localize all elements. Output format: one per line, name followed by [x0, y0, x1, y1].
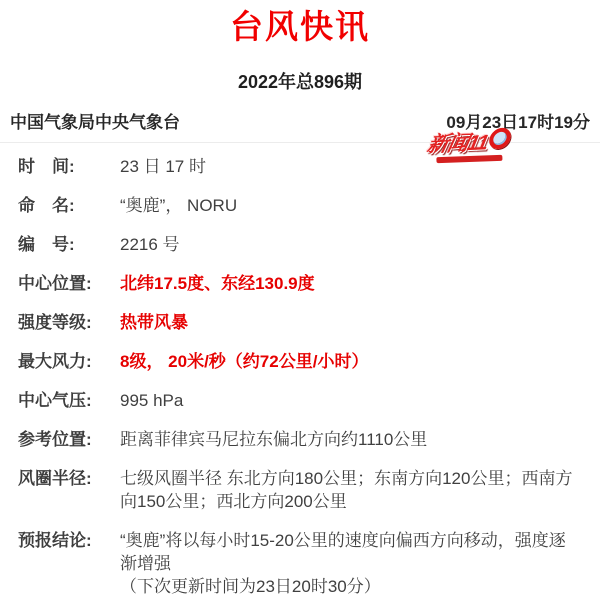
forecast-conclusion-text: “奥鹿”将以每小时15-20公里的速度向偏西方向移动，强度逐渐增强 [120, 529, 578, 575]
row-intensity-label: 强度等级: [18, 311, 106, 334]
row-wind-circle-radius-label: 风圈半径: [18, 467, 106, 490]
bulletin-table: 时 间: 23 日 17 时 命 名: “奥鹿”， NORU 编 号: 2216… [0, 143, 600, 597]
issue-number: 2022年总896期 [0, 72, 600, 93]
row-forecast-conclusion-value: “奥鹿”将以每小时15-20公里的速度向偏西方向移动，强度逐渐增强 （下次更新时… [120, 529, 578, 597]
row-intensity: 强度等级: 热带风暴 [18, 311, 590, 334]
row-forecast-conclusion-label: 预报结论: [18, 529, 106, 552]
logo-text: 新闻11 [425, 127, 513, 157]
row-reference-position-label: 参考位置: [18, 428, 106, 451]
row-central-pressure-label: 中心气压: [18, 389, 106, 412]
row-forecast-conclusion: 预报结论: “奥鹿”将以每小时15-20公里的速度向偏西方向移动，强度逐渐增强 … [18, 529, 590, 597]
agency-name: 中国气象局中央气象台 [10, 112, 180, 133]
row-wind-circle-radius: 风圈半径: 七级风圈半径 东北方向180公里；东南方向120公里；西南方向150… [18, 467, 590, 513]
row-reference-position-value: 距离菲律宾马尼拉东偏北方向约1110公里 [120, 428, 578, 451]
typhoon-bulletin-page: 台风快讯 2022年总896期 中国气象局中央气象台 09月23日17时19分 … [0, 0, 600, 597]
page-title: 台风快讯 [0, 0, 600, 47]
forecast-next-update-text: （下次更新时间为23日20时30分） [120, 575, 578, 597]
row-wind-circle-radius-value: 七级风圈半径 东北方向180公里；东南方向120公里；西南方向150公里；西北方… [120, 467, 578, 513]
row-number-label: 编 号: [18, 233, 106, 256]
row-time-label: 时 间: [18, 155, 106, 178]
row-reference-position: 参考位置: 距离菲律宾马尼拉东偏北方向约1110公里 [18, 428, 590, 451]
row-central-pressure: 中心气压: 995 hPa [18, 389, 590, 412]
xinwen-110-logo-icon: 新闻11 [416, 127, 521, 167]
row-max-wind-label: 最大风力: [18, 350, 106, 373]
row-name: 命 名: “奥鹿”， NORU [18, 194, 590, 217]
row-name-value: “奥鹿”， NORU [120, 194, 578, 217]
row-center-position-value: 北纬17.5度、东经130.9度 [120, 272, 578, 295]
row-max-wind-value: 8级， 20米/秒（约72公里/小时） [120, 350, 578, 373]
row-central-pressure-value: 995 hPa [120, 389, 578, 412]
row-number: 编 号: 2216 号 [18, 233, 590, 256]
row-center-position: 中心位置: 北纬17.5度、东经130.9度 [18, 272, 590, 295]
row-name-label: 命 名: [18, 194, 106, 217]
row-number-value: 2216 号 [120, 233, 578, 256]
row-intensity-value: 热带风暴 [120, 311, 578, 334]
globe-icon [487, 127, 512, 149]
row-max-wind: 最大风力: 8级， 20米/秒（约72公里/小时） [18, 350, 590, 373]
row-center-position-label: 中心位置: [18, 272, 106, 295]
